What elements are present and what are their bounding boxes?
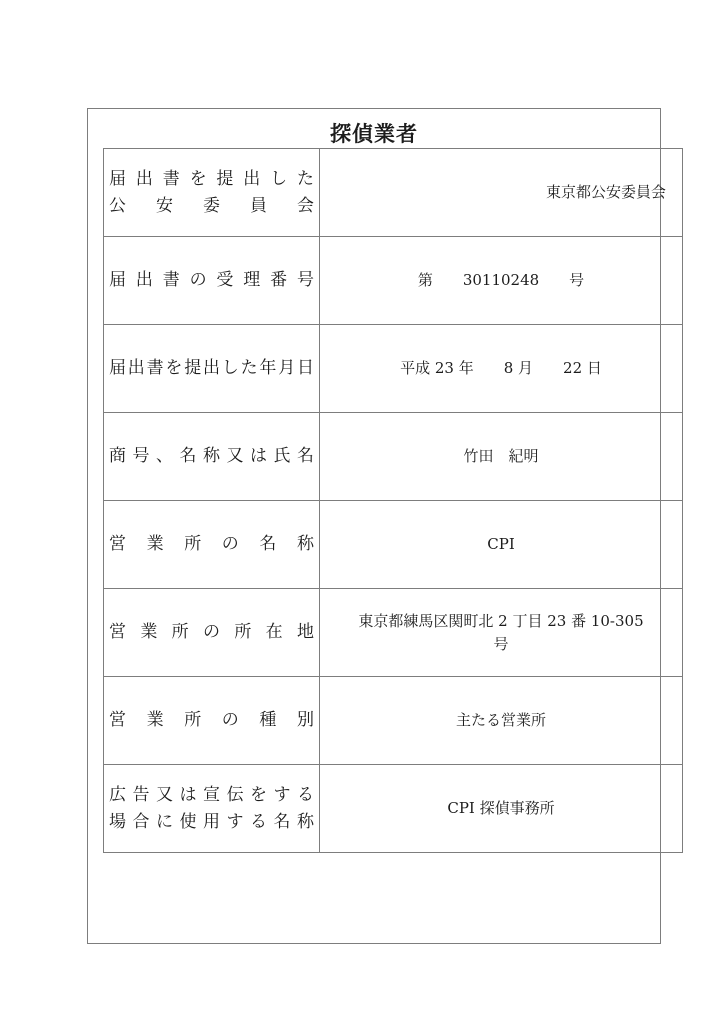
page-title: 探偵業者 <box>88 120 660 148</box>
table-row: 営業所の種別 主たる営業所 <box>104 677 683 765</box>
row-label: 営業所の種別 <box>104 677 320 765</box>
table-row: 届出書を提出した 公安委員会 東京都公安委員会 <box>104 149 683 237</box>
row-label: 営業所の所在地 <box>104 589 320 677</box>
row-label: 届出書を提出した 公安委員会 <box>104 149 320 237</box>
row-label: 商号、名称又は氏名 <box>104 413 320 501</box>
table-row: 届出書の受理番号 第 30110248 号 <box>104 237 683 325</box>
table-row: 届出書を提出した年月日 平成 23 年 8 月 22 日 <box>104 325 683 413</box>
row-label: 届出書の受理番号 <box>104 237 320 325</box>
row-value: 東京都公安委員会 <box>320 149 683 237</box>
row-value: 竹田 紀明 <box>320 413 683 501</box>
detective-registration-table: 届出書を提出した 公安委員会 東京都公安委員会 届出書の受理番号 第 30110… <box>103 148 683 853</box>
row-value: 主たる営業所 <box>320 677 683 765</box>
table-row: 営業所の所在地 東京都練馬区関町北 2 丁目 23 番 10-305 号 <box>104 589 683 677</box>
row-value: CPI <box>320 501 683 589</box>
row-value: 平成 23 年 8 月 22 日 <box>320 325 683 413</box>
table-row: 営業所の名称 CPI <box>104 501 683 589</box>
row-value: 東京都練馬区関町北 2 丁目 23 番 10-305 号 <box>320 589 683 677</box>
row-label: 広告又は宣伝をする 場合に使用する名称 <box>104 765 320 853</box>
row-label: 営業所の名称 <box>104 501 320 589</box>
row-value: 第 30110248 号 <box>320 237 683 325</box>
row-value: CPI 探偵事務所 <box>320 765 683 853</box>
document-frame: 探偵業者 届出書を提出した 公安委員会 東京都公安委員会 届出書の受理番号 第 … <box>87 108 661 944</box>
table-row: 広告又は宣伝をする 場合に使用する名称 CPI 探偵事務所 <box>104 765 683 853</box>
table-row: 商号、名称又は氏名 竹田 紀明 <box>104 413 683 501</box>
row-label: 届出書を提出した年月日 <box>104 325 320 413</box>
